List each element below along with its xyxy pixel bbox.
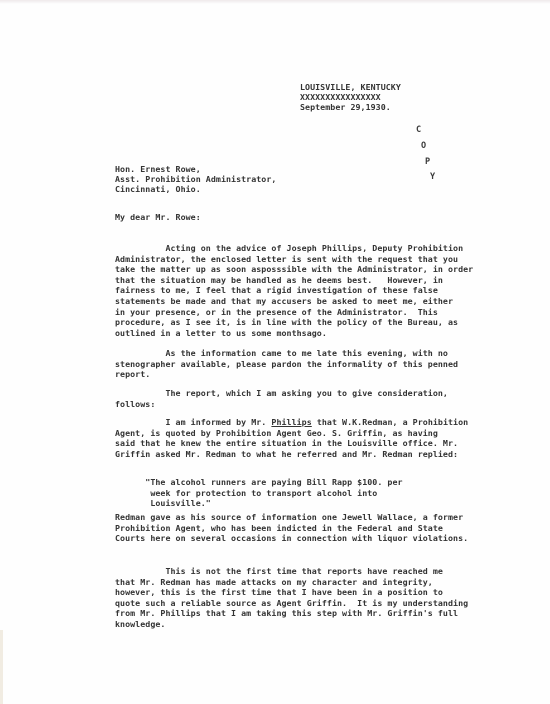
paragraph-line: I am informed by Mr. Phillips that W.K.R…	[115, 417, 468, 427]
paragraph-line: The report, which I am asking you to giv…	[115, 388, 448, 398]
copy-stamp-c: C	[416, 125, 421, 135]
paragraph-line: "The alcohol runners are paying Bill Rap…	[115, 477, 403, 487]
letterhead-struck-line: XXXXXXXXXXXXXXXX	[300, 92, 381, 102]
copy-stamp-y: Y	[430, 172, 435, 182]
paragraph-line: quote such a reliable source as Agent Gr…	[115, 598, 468, 608]
paragraph-line: procedure, as I see it, is in line with …	[115, 317, 458, 327]
salutation: My dear Mr. Rowe:	[115, 212, 201, 222]
paragraph-line: week for protection to transport alcohol…	[115, 488, 377, 498]
paragraph-line: This is not the first time that reports …	[115, 566, 443, 576]
letterhead-city: LOUISVILLE, KENTUCKY	[300, 82, 401, 92]
scan-edge-left	[0, 630, 3, 704]
paragraph-line: Agent, is quoted by Prohibition Agent Ge…	[115, 428, 438, 438]
copy-stamp-o: O	[421, 141, 426, 151]
recipient-name: Hon. Ernest Rowe,	[115, 164, 201, 174]
paragraph-line: As the information came to me late this …	[115, 348, 448, 358]
paragraph-line: knowledge.	[115, 619, 165, 629]
paragraph-line: Louisville."	[115, 498, 211, 508]
paragraph-line: outlined in a letter to us some monthsag…	[115, 328, 327, 338]
paragraph-line: Redman gave as his source of information…	[115, 512, 463, 522]
letter-page: LOUISVILLE, KENTUCKY XXXXXXXXXXXXXXXX Se…	[0, 0, 550, 704]
paragraph-line: Griffin asked Mr. Redman to what he refe…	[115, 449, 458, 459]
copy-stamp-p: P	[425, 157, 430, 167]
paragraph-line: however, this is the first time that I h…	[115, 587, 443, 597]
letter-date: September 29,1930.	[300, 102, 391, 112]
paragraph-line: in your presence, or in the presence of …	[115, 307, 438, 317]
paragraph-line: that the situation may be handled as he …	[115, 275, 443, 285]
paragraph-line: fairness to me, I feel that a rigid inve…	[115, 285, 438, 295]
recipient-title: Asst. Prohibition Administrator,	[115, 174, 276, 184]
recipient-location: Cincinnati, Ohio.	[115, 184, 201, 194]
paragraph-line: Prohibition Agent, who has been indicted…	[115, 523, 443, 533]
paragraph-line: report.	[115, 369, 150, 379]
paragraph-line: follows:	[115, 399, 155, 409]
scan-edge-top	[0, 0, 550, 4]
paragraph-line: Courts here on several occasions in conn…	[115, 533, 468, 543]
paragraph-line: statements be made and that my accusers …	[115, 296, 453, 306]
paragraph-line: stenographer available, please pardon th…	[115, 359, 458, 369]
paragraph-line: that Mr. Redman has made attacks on my c…	[115, 577, 433, 587]
paragraph-line: said that he knew the entire situation i…	[115, 438, 458, 448]
underlined-name: Phillips	[271, 417, 311, 427]
paragraph-line: from Mr. Phillips that I am taking this …	[115, 608, 458, 618]
paragraph-line: take the matter up as soon asposssible w…	[115, 264, 473, 274]
paragraph-line: Acting on the advice of Joseph Phillips,…	[115, 243, 463, 253]
paragraph-line: Administrator, the enclosed letter is se…	[115, 254, 458, 264]
